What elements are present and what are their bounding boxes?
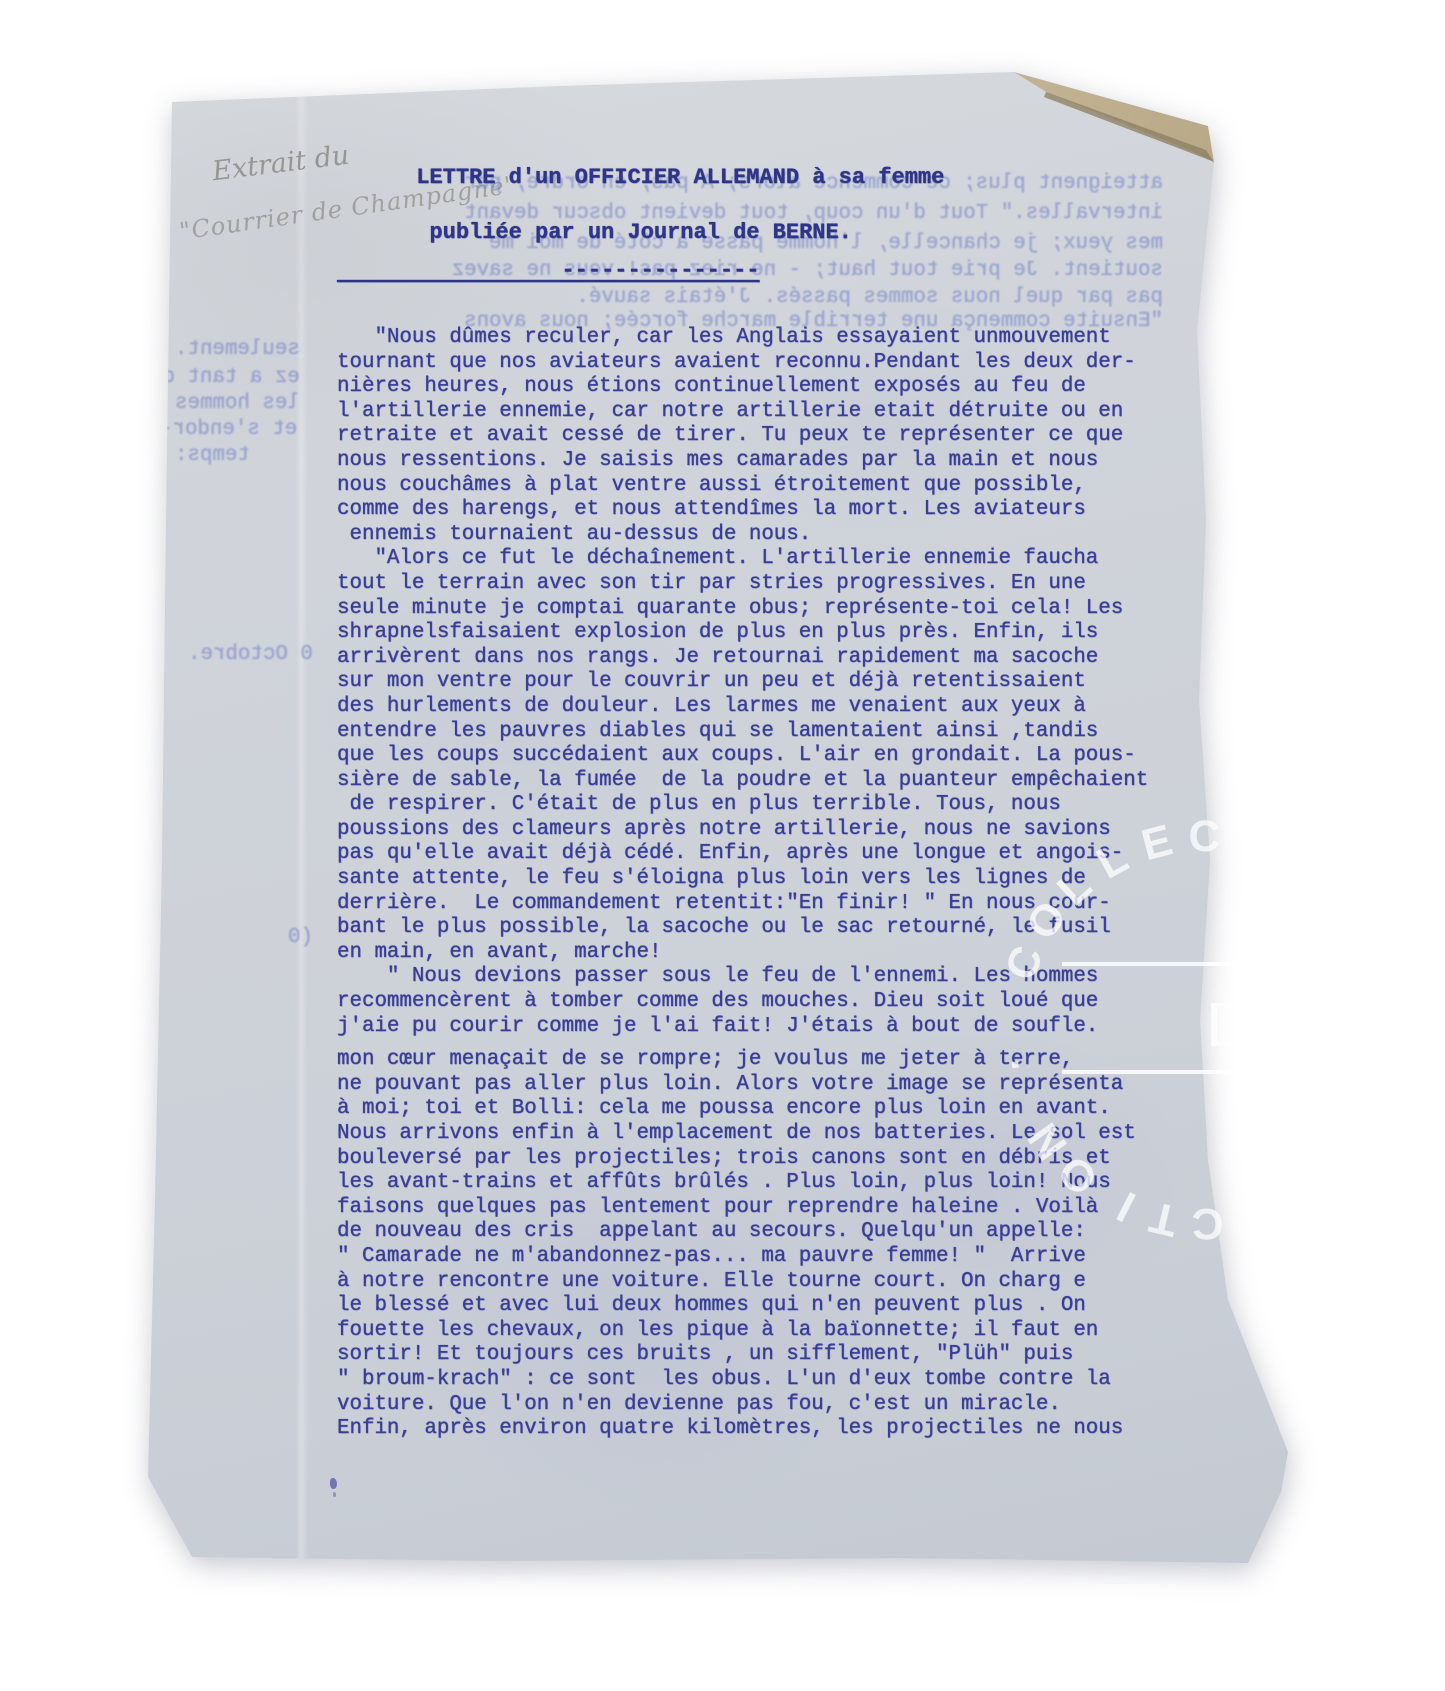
typed-line: entendre les pauvres diables qui se lame…	[337, 720, 1148, 745]
bleedthrough-line: temps:	[175, 444, 335, 468]
typed-line: faisons quelques pas lentement pour repr…	[337, 1196, 1148, 1221]
typed-line: poussions des clameurs après notre artil…	[337, 818, 1148, 843]
typed-line: Nous arrivons enfin à l'emplacement de n…	[337, 1122, 1148, 1147]
typed-line: "Alors ce fut le déchaînement. L'artille…	[337, 547, 1148, 572]
bleedthrough-line: et s'endor-	[160, 418, 335, 442]
typed-line: sière de sable, la fumée de la poudre et…	[337, 769, 1148, 794]
typed-line: derrière. Le commandement retentit:"En f…	[337, 892, 1148, 917]
photo-background: { "colors": { "background": "#ffffff", "…	[0, 0, 1445, 1691]
bleedthrough-line: ez a tant de	[150, 366, 335, 390]
typed-line: " broum-krach" : ce sont les obus. L'un …	[337, 1368, 1148, 1393]
bleedthrough-line: seulement.	[175, 338, 335, 362]
typed-line: des hurlements de douleur. Les larmes me…	[337, 695, 1148, 720]
typed-line: à notre rencontre une voiture. Elle tour…	[337, 1270, 1148, 1295]
letter-photo: Extrait du "Courrier de Champagne" attei…	[0, 0, 1445, 1691]
typed-line: à moi; toi et Bolli: cela me poussa enco…	[337, 1097, 1148, 1122]
typed-line: " Camarade ne m'abandonnez-pas... ma pau…	[337, 1245, 1148, 1270]
bleedthrough-line: pas par quel nous sommes passés. J'étais…	[330, 286, 1163, 310]
typed-line: nous couchâmes à plat ventre aussi étroi…	[337, 474, 1148, 499]
letter-subtitle: publiée par un Journal de BERNE.	[337, 220, 852, 245]
typed-line: bant le plus possible, la sacoche ou le …	[337, 916, 1148, 941]
typed-line: shrapnelsfaisaient explosion de plus en …	[337, 621, 1148, 646]
typed-line: arrivèrent dans nos rangs. Je retournai …	[337, 646, 1148, 671]
typed-line: sur mon ventre pour le couvrir un peu et…	[337, 670, 1148, 695]
typed-line: retraite et avait cessé de tirer. Tu peu…	[337, 424, 1148, 449]
typed-line: sante attente, le feu s'éloigna plus loi…	[337, 867, 1148, 892]
typed-line: ennemis tournaient au-dessus de nous.	[337, 523, 1148, 548]
typed-line: que les coups succédaient aux coups. L'a…	[337, 744, 1148, 769]
typed-line: pas qu'elle avait déjà cédé. Enfin, aprè…	[337, 842, 1148, 867]
typed-line: en main, en avant, marche!	[337, 941, 1148, 966]
ink-speck	[333, 1492, 336, 1497]
typed-separator: ---------------	[337, 258, 759, 283]
typed-line: "Nous dûmes reculer, car les Anglais ess…	[337, 326, 1148, 351]
typed-line: Enfin, après environ quatre kilomètres, …	[337, 1417, 1148, 1442]
typed-line: voiture. Que l'on n'en devienne pas fou,…	[337, 1393, 1148, 1418]
typed-line: de respirer. C'était de plus en plus ter…	[337, 793, 1148, 818]
bleedthrough-line: les hommes	[175, 392, 335, 416]
typed-line: sortir! Et toujours ces bruits , un siff…	[337, 1343, 1148, 1368]
typed-line: recommencèrent à tomber comme des mouche…	[337, 990, 1148, 1015]
typed-line: le blessé et avec lui deux hommes qui n'…	[337, 1294, 1148, 1319]
typed-line: l'artillerie ennemie, car notre artiller…	[337, 400, 1148, 425]
typed-line: mon cœur menaçait de se rompre; je voulu…	[337, 1048, 1148, 1073]
typed-line: de nouveau des cris appelant au secours.…	[337, 1220, 1148, 1245]
typed-line: bouleversé par les projectiles; trois ca…	[337, 1147, 1148, 1172]
typed-line: " Nous devions passer sous le feu de l'e…	[337, 965, 1148, 990]
bleedthrough-line: (0	[288, 926, 332, 950]
typed-line: comme des harengs, et nous attendîmes la…	[337, 498, 1148, 523]
typed-line: nous ressentions. Je saisis mes camarade…	[337, 449, 1148, 474]
typed-line: j'aie pu courir comme je l'ai fait! J'ét…	[337, 1015, 1148, 1040]
typed-line: fouette les chevaux, on les pique à la b…	[337, 1319, 1148, 1344]
paper-sheet: Extrait du "Courrier de Champagne" attei…	[0, 0, 1445, 1691]
letter-title: LETTRE d'un OFFICIER ALLEMAND à sa femme	[337, 165, 944, 190]
ink-speck	[330, 1478, 337, 1489]
typed-line: tout le terrain avec son tir par stries …	[337, 572, 1148, 597]
typed-line: seule minute je comptai quarante obus; r…	[337, 597, 1148, 622]
typed-line: tournant que nos aviateurs avaient recon…	[337, 351, 1148, 376]
typed-line: ne pouvant pas aller plus loin. Alors vo…	[337, 1073, 1148, 1098]
typed-body: "Nous dûmes reculer, car les Anglais ess…	[337, 326, 1148, 1442]
typed-line: les avant-trains et affûts brûlés . Plus…	[337, 1171, 1148, 1196]
typed-line: nières heures, nous étions continuelleme…	[337, 375, 1148, 400]
